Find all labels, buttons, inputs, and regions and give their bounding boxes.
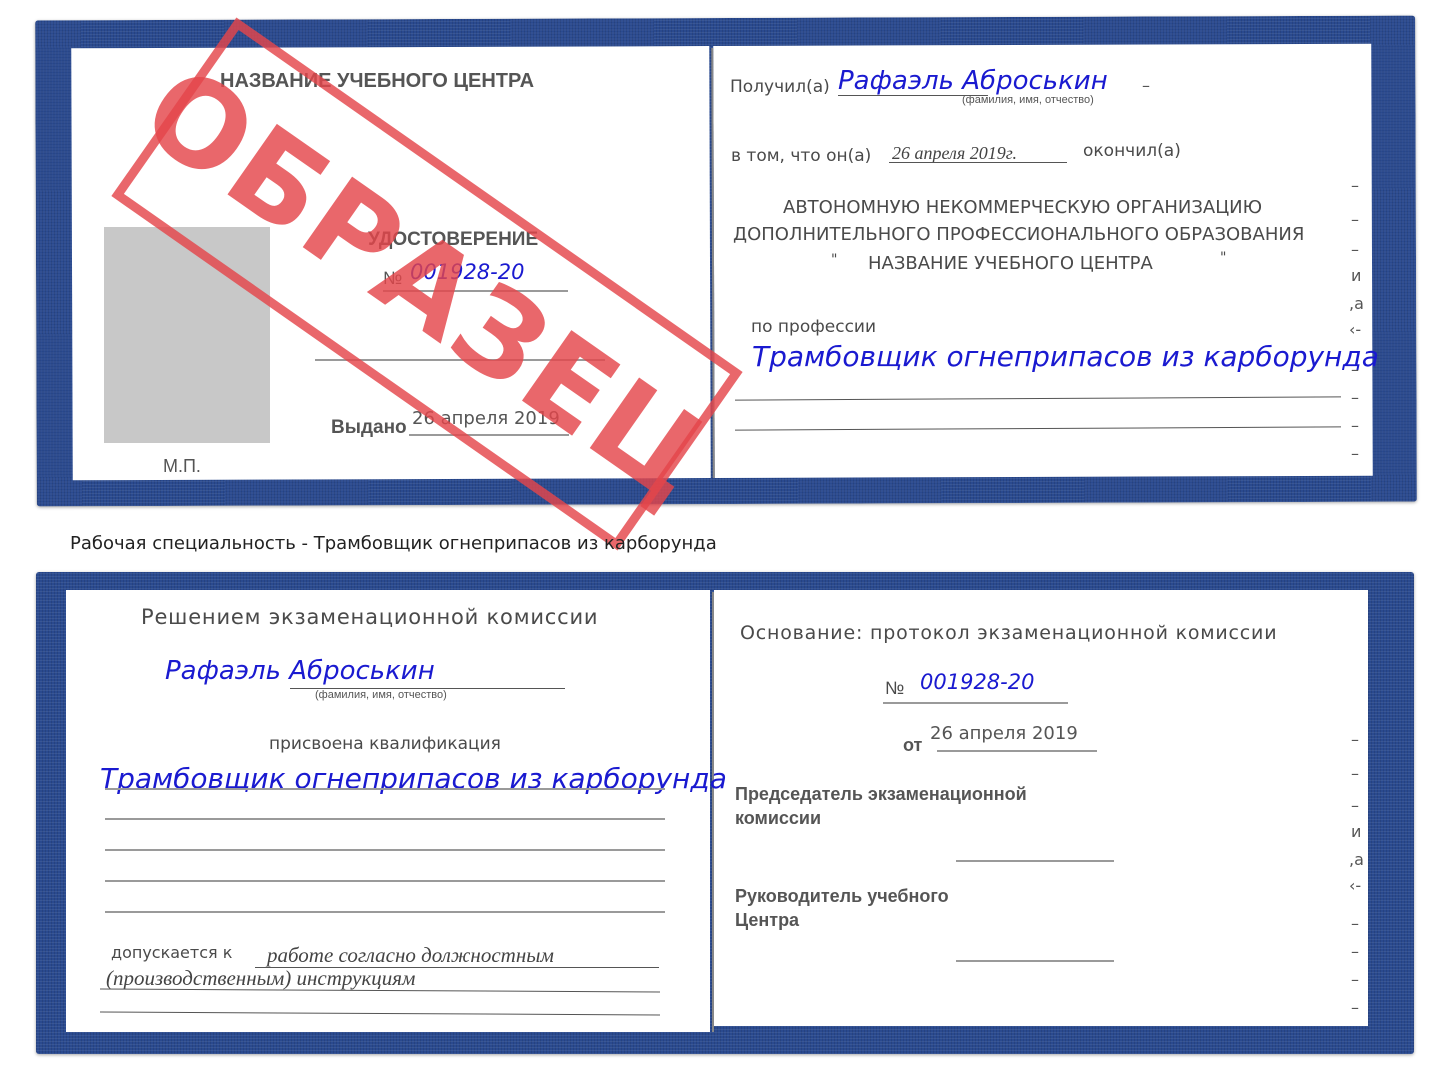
edge-mark: – bbox=[1351, 730, 1359, 749]
qualification-label: присвоена квалификация bbox=[269, 734, 501, 754]
edge-mark: – bbox=[1351, 210, 1359, 229]
qualification-line-3 bbox=[105, 849, 665, 851]
edge-mark: – bbox=[1351, 942, 1359, 961]
completed-label: окончил(а) bbox=[1083, 141, 1181, 161]
completion-date-underline bbox=[889, 162, 1067, 163]
qualification-line-1 bbox=[105, 788, 665, 790]
basis-label: Основание: протокол экзаменационной коми… bbox=[740, 622, 1277, 644]
protocol-number-label: № bbox=[885, 678, 904, 699]
edge-mark: – bbox=[1351, 388, 1359, 407]
edge-mark: и bbox=[1351, 822, 1361, 841]
edge-mark: – bbox=[1351, 796, 1359, 815]
blank-line bbox=[315, 359, 605, 361]
qualification-line-2 bbox=[105, 818, 665, 820]
head-label-1: Руководитель учебного bbox=[735, 886, 949, 907]
dash-mark: – bbox=[1142, 76, 1150, 95]
edge-mark: – bbox=[1351, 416, 1359, 435]
chairman-signature-line bbox=[956, 860, 1114, 862]
org-line-2: ДОПОЛНИТЕЛЬНОГО ПРОФЕССИОНАЛЬНОГО ОБРАЗО… bbox=[733, 224, 1304, 245]
head-label-2: Центра bbox=[735, 910, 799, 931]
edge-mark: – bbox=[1351, 998, 1359, 1017]
admitted-line-2: (производственным) инструкциям bbox=[106, 966, 415, 991]
recipient-name-hint: (фамилия, имя, отчество) bbox=[962, 94, 1094, 106]
person-name: Рафаэль Аброськин bbox=[165, 656, 435, 686]
org-line-1: АВТОНОМНУЮ НЕКОММЕРЧЕСКУЮ ОРГАНИЗАЦИЮ bbox=[783, 197, 1262, 218]
profession-value: Трамбовщик огнеприпасов из карборунда bbox=[752, 340, 1379, 373]
org-name-heading: НАЗВАНИЕ УЧЕБНОГО ЦЕНТРА bbox=[220, 70, 534, 93]
issued-underline bbox=[409, 434, 569, 436]
edge-mark: ,а bbox=[1349, 294, 1364, 313]
edge-mark: – bbox=[1351, 764, 1359, 783]
received-label: Получил(а) bbox=[730, 77, 830, 97]
specialty-caption: Рабочая специальность - Трамбовщик огнеп… bbox=[70, 533, 717, 554]
edge-mark: и bbox=[1351, 266, 1361, 285]
edge-mark: ,а bbox=[1349, 850, 1364, 869]
admitted-line-1: работе согласно должностным bbox=[267, 943, 554, 968]
document-title: УДОСТОВЕРЕНИЕ bbox=[368, 229, 538, 251]
certificate-number-value: 001928-20 bbox=[410, 260, 524, 284]
spine-fold bbox=[712, 592, 714, 1032]
edge-mark: – bbox=[1351, 176, 1359, 195]
protocol-number: 001928-20 bbox=[920, 670, 1034, 694]
head-signature-line bbox=[956, 960, 1114, 962]
qualification-line-4 bbox=[105, 880, 665, 882]
photo-placeholder bbox=[104, 227, 270, 443]
edge-mark: ‹- bbox=[1349, 320, 1361, 339]
org-line-3: НАЗВАНИЕ УЧЕБНОГО ЦЕНТРА bbox=[868, 253, 1153, 274]
certificate-number-underline bbox=[383, 290, 568, 292]
chairman-label-2: комиссии bbox=[735, 808, 821, 829]
decision-title: Решением экзаменационной комиссии bbox=[141, 605, 598, 629]
issued-date: 26 апреля 2019 bbox=[412, 408, 560, 429]
admitted-label: допускается к bbox=[111, 943, 232, 962]
edge-mark: – bbox=[1351, 360, 1359, 379]
seal-label: М.П. bbox=[163, 456, 201, 477]
person-name-hint: (фамилия, имя, отчество) bbox=[315, 689, 447, 701]
org-quote-open: " bbox=[831, 252, 837, 268]
qualification-value: Трамбовщик огнеприпасов из карборунда bbox=[100, 762, 727, 795]
recipient-name: Рафаэль Аброськин bbox=[838, 66, 1108, 96]
protocol-date: 26 апреля 2019 bbox=[930, 723, 1078, 744]
that-label: в том, что он(а) bbox=[731, 146, 871, 166]
chairman-label-1: Председатель экзаменационной bbox=[735, 784, 1027, 805]
edge-mark: – bbox=[1351, 240, 1359, 259]
profession-label: по профессии bbox=[751, 317, 876, 337]
edge-mark: ‹- bbox=[1349, 876, 1361, 895]
edge-mark: – bbox=[1351, 970, 1359, 989]
edge-mark: – bbox=[1351, 444, 1359, 463]
issued-label: Выдано bbox=[331, 417, 407, 439]
protocol-number-underline bbox=[883, 702, 1068, 704]
protocol-date-label: от bbox=[903, 735, 922, 756]
qualification-line-5 bbox=[105, 911, 665, 913]
certificate-number-label: № bbox=[383, 268, 402, 289]
completion-date: 26 апреля 2019г. bbox=[892, 143, 1017, 164]
protocol-date-underline bbox=[937, 750, 1097, 752]
org-quote-close: " bbox=[1220, 250, 1226, 266]
edge-mark: – bbox=[1351, 914, 1359, 933]
